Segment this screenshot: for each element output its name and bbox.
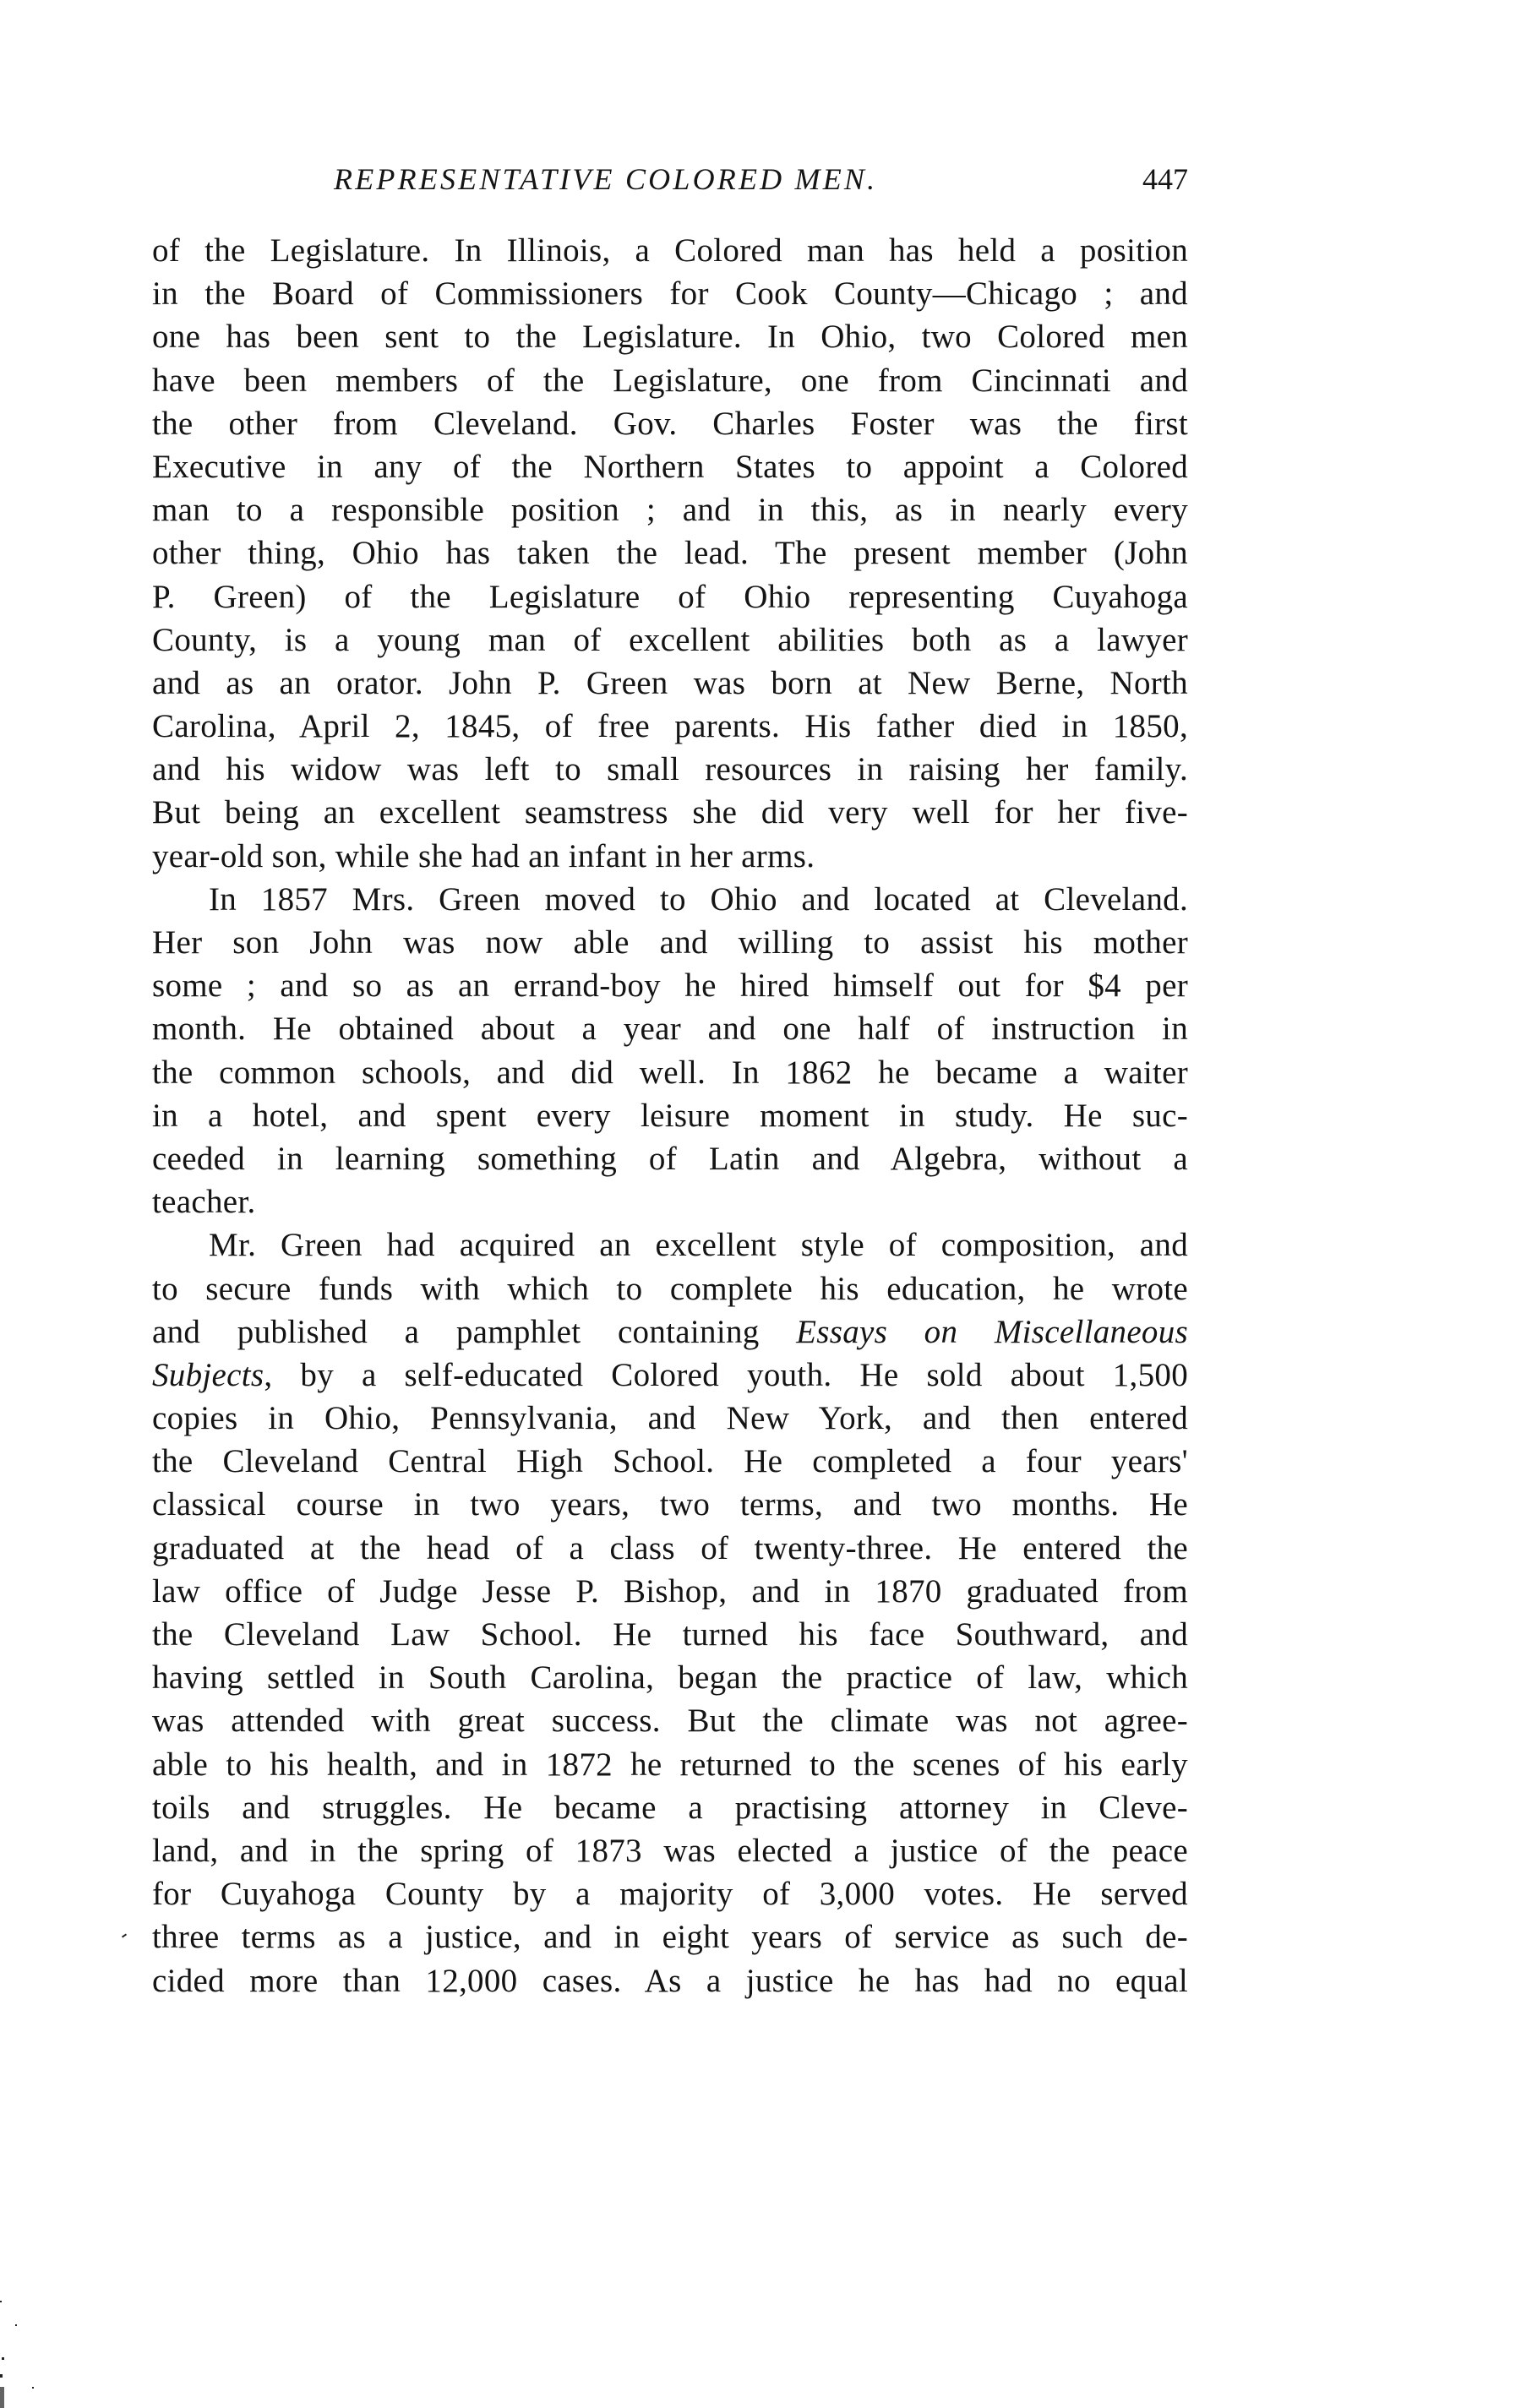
scan-speck (2, 2357, 4, 2360)
text-line: County, is a young man of excellent abil… (152, 618, 1188, 662)
text-line: Carolina, April 2, 1845, of free parents… (152, 705, 1188, 748)
text-line: having settled in South Carolina, began … (152, 1656, 1188, 1699)
text-line: P. Green) of the Legislature of Ohio rep… (152, 575, 1188, 618)
text-line: and as an orator. John P. Green was born… (152, 662, 1188, 705)
text-line: and published a pamphlet containing Essa… (152, 1310, 1188, 1354)
paragraph-start-line: In 1857 Mrs. Green moved to Ohio and loc… (152, 878, 1188, 921)
text-line: Subjects, by a self-educated Colored you… (152, 1354, 1188, 1397)
text-line: to secure funds with which to complete h… (152, 1267, 1188, 1310)
scan-speck (0, 2387, 4, 2408)
text-line: able to his health, and in 1872 he retur… (152, 1743, 1188, 1786)
paragraph-start-line: Mr. Green had acquired an excellent styl… (152, 1223, 1188, 1267)
text-line: But being an excellent seamstress she di… (152, 791, 1188, 834)
text-line: some ; and so as an errand-boy he hired … (152, 964, 1188, 1007)
text-line: teacher. (152, 1180, 1188, 1223)
book-title-italic: Essays on Miscellaneous (796, 1314, 1188, 1350)
text-line: the Cleveland Central High School. He co… (152, 1440, 1188, 1483)
text-line: copies in Ohio, Pennsylvania, and New Yo… (152, 1397, 1188, 1440)
running-head: REPRESENTATIVE COLORED MEN. (334, 161, 1010, 198)
text-line: classical course in two years, two terms… (152, 1483, 1188, 1526)
book-title-italic: Subjects (152, 1357, 264, 1393)
text-line: law office of Judge Jesse P. Bishop, and… (152, 1570, 1188, 1613)
text-line: graduated at the head of a class of twen… (152, 1527, 1188, 1570)
scan-speck (0, 2374, 3, 2378)
text-line: the Cleveland Law School. He turned his … (152, 1613, 1188, 1656)
text-line: other thing, Ohio has taken the lead. Th… (152, 531, 1188, 575)
text-line: land, and in the spring of 1873 was elec… (152, 1829, 1188, 1872)
text-line: one has been sent to the Legislature. In… (152, 315, 1188, 358)
text-line: in the Board of Commissioners for Cook C… (152, 272, 1188, 315)
text-line: have been members of the Legislature, on… (152, 359, 1188, 402)
text-line: ceeded in learning something of Latin an… (152, 1137, 1188, 1180)
scan-speck (122, 1933, 127, 1937)
text-line: three terms as a justice, and in eight y… (152, 1915, 1188, 1959)
text-line: the common schools, and did well. In 186… (152, 1051, 1188, 1094)
page-number: 447 (1132, 161, 1188, 198)
text-line: toils and struggles. He became a practis… (152, 1786, 1188, 1829)
text-line: man to a responsible position ; and in t… (152, 488, 1188, 531)
text-line: in a hotel, and spent every leisure mome… (152, 1094, 1188, 1137)
text-line: was attended with great success. But the… (152, 1699, 1188, 1742)
scan-speck (15, 2324, 17, 2326)
scan-speck (32, 2387, 34, 2389)
body-text: of the Legislature. In Illinois, a Color… (152, 229, 1188, 2002)
text-line: year-old son, while she had an infant in… (152, 835, 1188, 878)
text-line: cided more than 12,000 cases. As a justi… (152, 1959, 1188, 2002)
text-line: Her son John was now able and willing to… (152, 921, 1188, 964)
text-line: the other from Cleveland. Gov. Charles F… (152, 402, 1188, 445)
text-line: of the Legislature. In Illinois, a Color… (152, 229, 1188, 272)
text-line: for Cuyahoga County by a majority of 3,0… (152, 1872, 1188, 1915)
scan-speck (0, 2301, 2, 2302)
text-line: Executive in any of the Northern States … (152, 445, 1188, 488)
text-line: month. He obtained about a year and one … (152, 1007, 1188, 1050)
text-line: and his widow was left to small resource… (152, 748, 1188, 791)
